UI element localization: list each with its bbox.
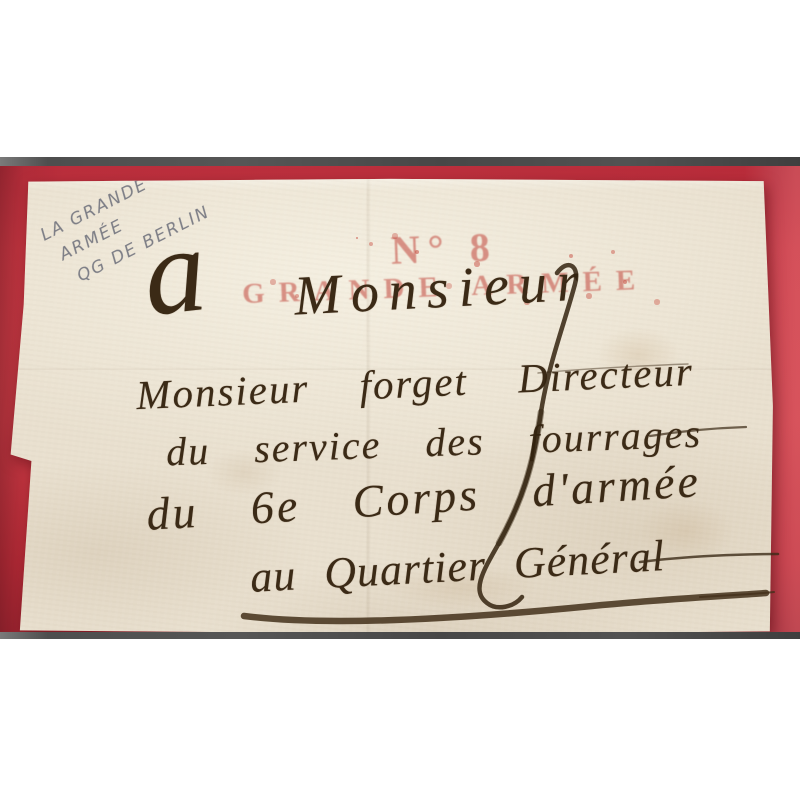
photo-top-edge	[0, 157, 800, 166]
postmark-ink-speckles	[356, 237, 358, 239]
letter-photo: LA GRANDE ARMÉE QG DE BERLIN N° 8 GRANDE…	[0, 166, 800, 632]
letter-paper-shadow: LA GRANDE ARMÉE QG DE BERLIN N° 8 GRANDE…	[0, 166, 800, 632]
address-line: au Quartier Général	[249, 530, 666, 603]
letter-paper: LA GRANDE ARMÉE QG DE BERLIN N° 8 GRANDE…	[6, 177, 776, 632]
photo-bottom-edge	[0, 632, 800, 639]
handwritten-salutation-initial: a	[138, 208, 211, 336]
address-line: Monsieur forget Directeur	[135, 347, 695, 419]
